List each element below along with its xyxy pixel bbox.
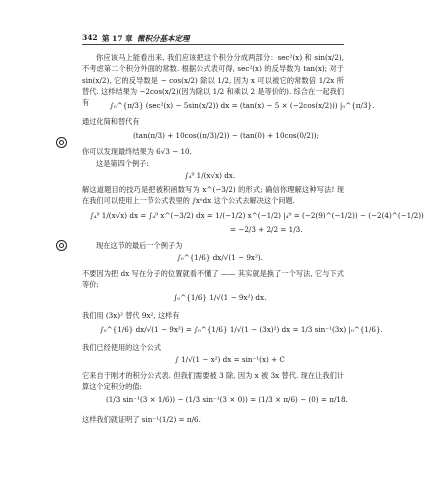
equation-3: ∫₄⁹ 1/(x√x) dx.	[170, 170, 250, 181]
equation-5: ∫₀^{1/6} dx/√(1 − 9x²).	[170, 252, 270, 263]
paragraph-technique: 解这道题目的技巧是把被积函数写为 x^(−3/2) 的形式; 确信你理解这种写法…	[82, 184, 344, 207]
paragraph-result: 你可以发现最终结果为 6√3 − 10.	[82, 146, 344, 157]
paragraph-conclusion: 这样我们就证明了 sin⁻¹(1/2) = π/6.	[82, 414, 344, 425]
margin-marker-icon	[56, 240, 67, 251]
margin-marker-icon	[56, 137, 67, 148]
paragraph-example4: 这是第四个例子:	[82, 158, 344, 169]
equation-8: ∫ 1/√(1 − x²) dx = sin⁻¹(x) + C	[160, 354, 300, 365]
chapter-title: 微积分基本定理	[137, 33, 190, 44]
equation-9: (1/3 sin⁻¹(3 × 1/6)) − (1/3 sin⁻¹(3 × 0)…	[106, 394, 346, 405]
equation-6: ∫₀^{1/6} 1/√(1 − 9x²) dx.	[170, 292, 270, 303]
paragraph-formula: 我们已经使用的这个公式	[82, 342, 344, 353]
paragraph-substitute: 我们用 (3x)² 替代 9x², 这样有	[82, 310, 344, 321]
paragraph-last-example: 现在这节的最后一个例子为	[82, 240, 344, 251]
header-rule	[82, 44, 344, 45]
book-page: 342 第 17 章 微积分基本定理 你应该马上能看出来, 我们应该把这个积分分…	[0, 0, 424, 480]
equation-2: (tan(π/3) + 10cos((π/3)/2)) − (tan(0) + …	[126, 130, 326, 141]
chapter-label: 第 17 章	[102, 33, 133, 44]
paragraph-evaluate: 它来自于刚才的积分公式表. 但我们需要被 3 除, 因为 x 被 3x 替代. …	[82, 370, 344, 393]
equation-4b: = −2/3 + 2/2 = 1/3.	[230, 224, 330, 235]
equation-7: ∫₀^{1/6} dx/√(1 − 9x²) = ∫₀^{1/6} 1/√(1 …	[100, 324, 340, 335]
paragraph-dx-note: 不要因为把 dx 写在分子的位置就看不懂了 —— 其实就是换了一个写法, 它与下…	[82, 268, 344, 291]
equation-1: ∫₀^{π/3} (sec²(x) − 5sin(x/2)) dx = (tan…	[110, 100, 340, 111]
page-number: 342	[82, 33, 98, 42]
equation-4a: ∫₄⁹ 1/(x√x) dx = ∫₄⁹ x^(−3/2) dx = 1/(−1…	[90, 210, 360, 221]
paragraph-simplify: 通过化简和替代有	[82, 116, 344, 127]
